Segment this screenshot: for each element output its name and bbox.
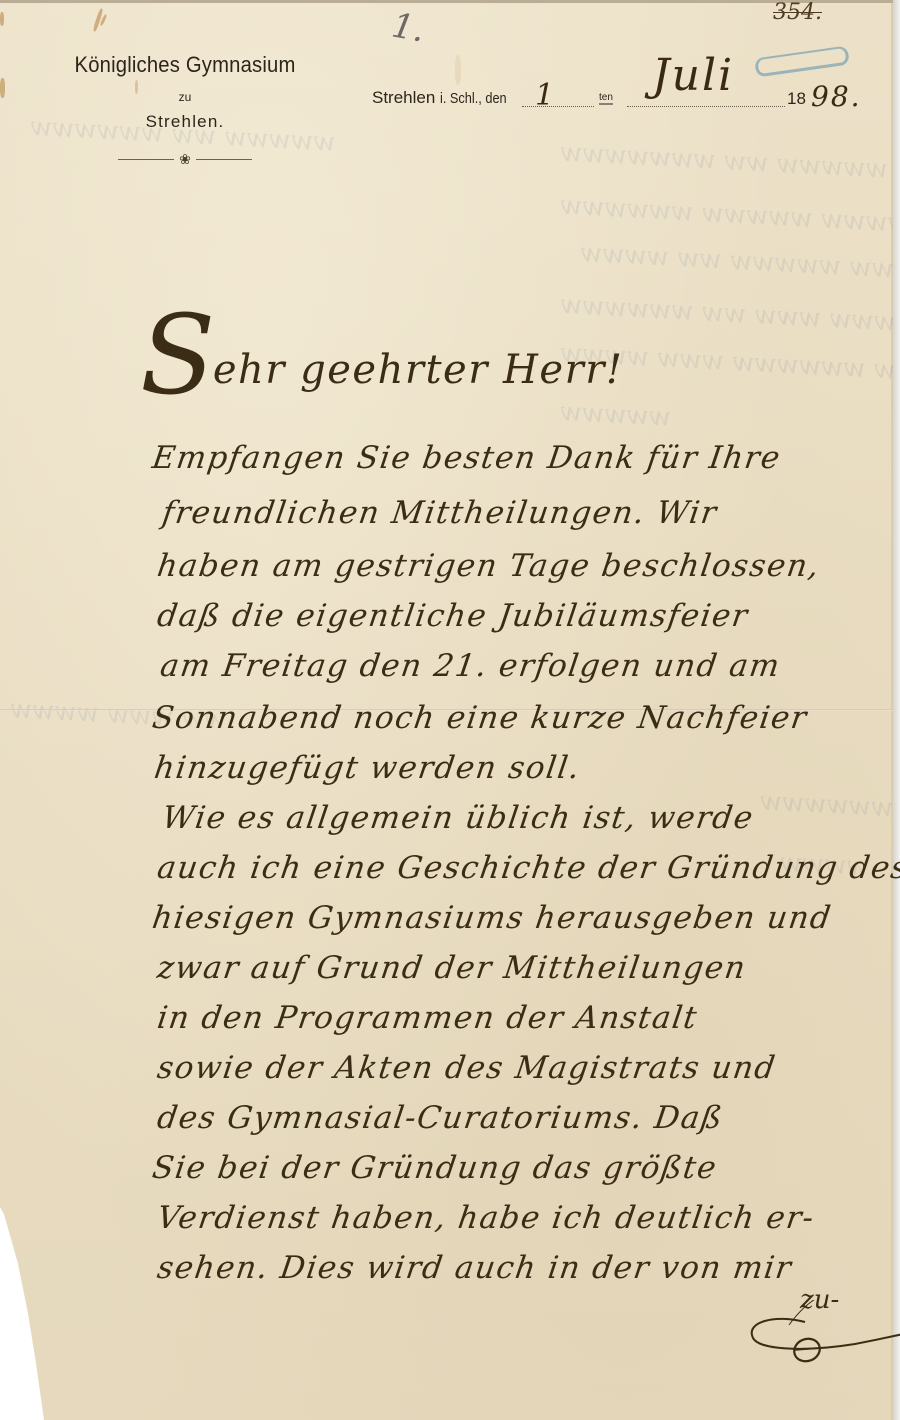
rust-stain: [0, 12, 4, 26]
folio-number: 354.: [773, 0, 822, 25]
signature-flourish-icon: [745, 1300, 900, 1370]
dateline-place-prefix: Strehlen: [372, 88, 435, 107]
dateline-month: Juli: [652, 50, 734, 101]
bleed-through-text: wwwwww: [759, 787, 894, 824]
body-line: Empfangen Sie besten Dank für Ihre: [150, 440, 783, 476]
salutation: Sehr geehrter Herr!: [140, 300, 623, 410]
dateline-day: 1: [535, 78, 554, 113]
letterhead-city: Strehlen.: [40, 112, 330, 132]
body-line: haben am gestrigen Tage beschlossen,: [155, 548, 822, 584]
rust-stain: [455, 55, 461, 85]
ornament-rule-right: [196, 159, 252, 160]
body-line: in den Programmen der Anstalt: [155, 1000, 700, 1036]
bleed-through-text: wwww wwwww wwwwww: [559, 191, 900, 239]
body-line: des Gymnasial-Curatoriums. Daß: [155, 1100, 726, 1136]
body-line: am Freitag den 21. erfolgen und am: [158, 648, 783, 684]
body-line: hiesigen Gymnasiums herausgeben und: [150, 900, 834, 936]
body-line: sehen. Dies wird auch in der von mir: [155, 1250, 794, 1286]
body-line: Verdienst haben, habe ich deutlich er-: [155, 1200, 817, 1236]
bleed-through-text: wwwwww wwwww ww wwwwwww: [560, 138, 900, 193]
letterhead-school-name: Königliches Gymnasium: [52, 52, 319, 78]
dateline-dots: [522, 106, 594, 107]
letterhead: Königliches Gymnasium zu Strehlen. ❀: [40, 52, 330, 166]
dateline-year-prefix: 18: [787, 89, 806, 109]
dateline-place-suffix: i. Schl., den: [440, 90, 507, 107]
dateline-day-suffix: ten: [599, 92, 613, 105]
bleed-through-text: wwww wwww wwwww ww wwww: [580, 238, 900, 292]
body-line: daß die eigentliche Jubiläumsfeier: [155, 598, 751, 634]
dateline: Strehlen i. Schl., den 1 ten Juli 18 98.: [372, 84, 872, 114]
body-line: auch ich eine Geschichte der Gründung de…: [155, 850, 900, 886]
dateline-dots: [627, 106, 785, 107]
dateline-year-suffix: 98.: [811, 80, 862, 113]
letterhead-ornament: ❀: [118, 154, 252, 166]
ornament-rule-left: [118, 159, 174, 160]
dateline-place: Strehlen i. Schl., den: [372, 88, 518, 108]
pencil-page-number: 1.: [389, 5, 428, 50]
body-line: freundlichen Mittheilungen. Wir: [160, 495, 720, 531]
body-line: zwar auf Grund der Mittheilungen: [155, 950, 749, 986]
salutation-initial: S: [140, 291, 217, 419]
paper-top-edge: [0, 0, 893, 3]
body-line: Wie es allgemein üblich ist, werde: [160, 800, 756, 836]
salutation-text: ehr geehrter Herr!: [213, 347, 624, 393]
body-line: Sie bei der Gründung das größte: [150, 1150, 720, 1186]
scanned-letter-page: wwwwww wwwww ww wwwwwww wwww wwwww wwwww…: [0, 0, 900, 1420]
scan-right-margin: [893, 0, 900, 1420]
body-line: Sonnabend noch eine kurze Nachfeier: [150, 700, 810, 736]
ornament-knot-icon: ❀: [176, 151, 194, 167]
body-line: sowie der Akten des Magistrats und: [155, 1050, 779, 1086]
body-line: hinzugefügt werden soll.: [152, 750, 583, 786]
rust-stain: [0, 78, 5, 98]
letterhead-zu: zu: [40, 90, 330, 104]
